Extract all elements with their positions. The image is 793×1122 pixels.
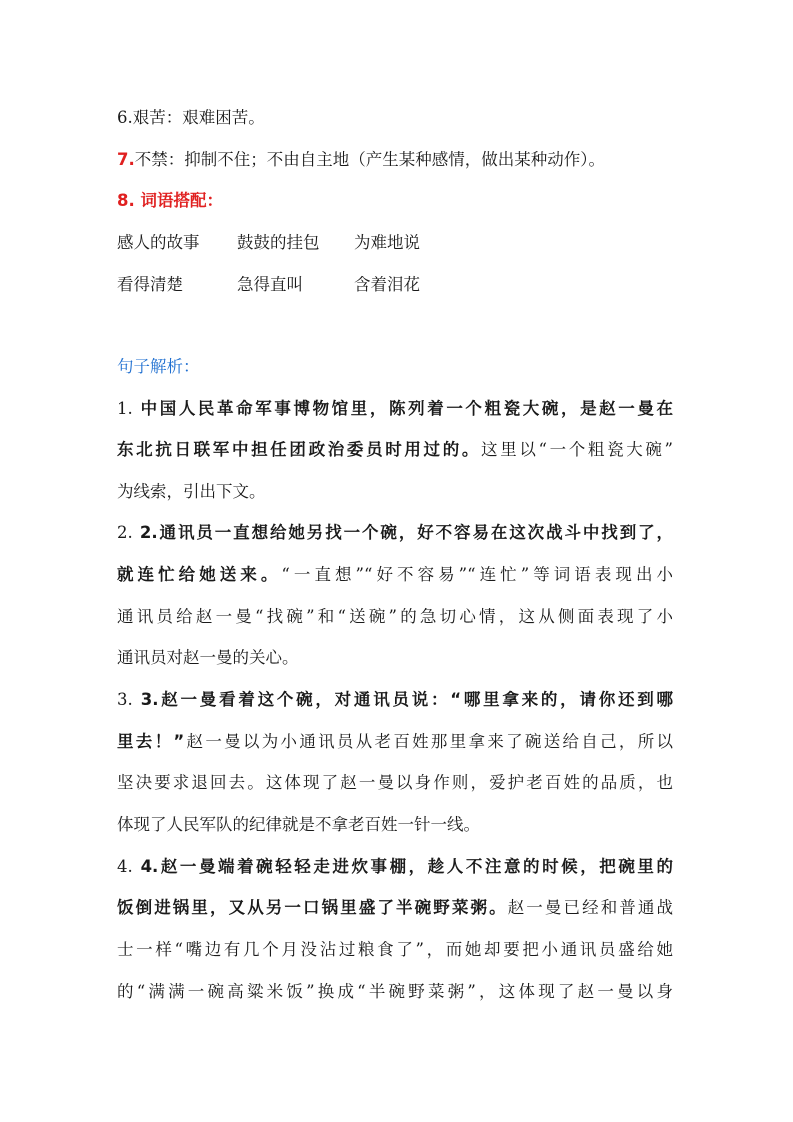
explanation-text: 赵一曼以为小通讯员从老百姓那里拿来了碗送给自己，所以 [184, 732, 673, 751]
explanation-text: 通讯员对赵一曼的关心。 [117, 648, 299, 667]
definition-7: 7.不禁：抑制不住；不由自主地（产生某种感情，做出某种动作）。 [117, 150, 605, 170]
analysis-line: 东北抗日联军中担任团政治委员时用过的。这里以“一个粗瓷大碗” [117, 440, 673, 460]
analysis-line: 饭倒进锅里，又从另一口锅里盛了半碗野菜粥。赵一曼已经和普通战 [117, 898, 673, 918]
definition-text: 艰难困苦。 [182, 108, 265, 127]
analysis-line: 通讯员给赵一曼“找碗”和“送碗”的急切心情，这从侧面表现了小 [117, 607, 673, 627]
quoted-sentence: 中国人民革命军事博物馆里，陈列着一个粗瓷大碗，是赵一曼在 [141, 399, 673, 418]
explanation-text: 体现了人民军队的纪律就是不拿老百姓一针一线。 [117, 815, 480, 834]
definition-number: 6. [117, 108, 133, 127]
analysis-line: 1. 中国人民革命军事博物馆里，陈列着一个粗瓷大碗，是赵一曼在 [117, 399, 673, 419]
phrase: 含着泪花 [354, 275, 420, 295]
analysis-line: 4. 4.赵一曼端着碗轻轻走进炊事棚，趁人不注意的时候，把碗里的 [117, 857, 673, 877]
quoted-sentence: 饭倒进锅里，又从另一口锅里盛了半碗野菜粥。 [117, 898, 508, 917]
quoted-sentence: 里去！” [117, 732, 184, 751]
item-number: 3. [117, 690, 141, 709]
phrase: 看得清楚 [117, 275, 237, 295]
analysis-line: 通讯员对赵一曼的关心。 [117, 648, 299, 668]
item-number: 1. [117, 399, 141, 418]
phrase: 感人的故事 [117, 233, 237, 253]
definition-6: 6.艰苦：艰难困苦。 [117, 108, 265, 128]
phrase: 鼓鼓的挂包 [237, 233, 354, 253]
analysis-line: 3. 3.赵一曼看着这个碗，对通讯员说：“哪里拿来的，请你还到哪 [117, 690, 673, 710]
explanation-text: 通讯员给赵一曼“找碗”和“送碗”的急切心情，这从侧面表现了小 [117, 607, 673, 626]
definition-text: 抑制不住；不由自主地（产生某种感情，做出某种动作）。 [184, 150, 605, 169]
explanation-text: 赵一曼已经和普通战 [508, 898, 673, 917]
phrase: 急得直叫 [237, 275, 354, 295]
item-number: 2. [117, 523, 140, 542]
separator: ： [168, 150, 185, 169]
quoted-sentence: 3.赵一曼看着这个碗，对通讯员说：“哪里拿来的，请你还到哪 [141, 690, 673, 709]
explanation-text: 坚决要求退回去。这体现了赵一曼以身作则，爱护老百姓的品质，也 [117, 773, 673, 792]
analysis-line: 的“满满一碗高粱米饭”换成“半碗野菜粥”，这体现了赵一曼以身 [117, 982, 673, 1002]
collocation-heading: 8. 词语搭配： [117, 191, 223, 211]
definition-term: 不禁 [135, 150, 168, 169]
analysis-line: 坚决要求退回去。这体现了赵一曼以身作则，爱护老百姓的品质，也 [117, 773, 673, 793]
analysis-line: 士一样“嘴边有几个月没沾过粮食了”，而她却要把小通讯员盛给她 [117, 940, 673, 960]
explanation-text: 的“满满一碗高粱米饭”换成“半碗野菜粥”，这体现了赵一曼以身 [117, 982, 673, 1001]
explanation-text: 这里以“一个粗瓷大碗” [481, 440, 673, 459]
explanation-text: “一直想”“好不容易”“连忙”等词语表现出小 [281, 565, 673, 584]
explanation-text: 士一样“嘴边有几个月没沾过粮食了”，而她却要把小通讯员盛给她 [117, 940, 673, 959]
analysis-line: 2. 2.通讯员一直想给她另找一个碗，好不容易在这次战斗中找到了， [117, 523, 673, 543]
analysis-line: 为线索，引出下文。 [117, 482, 266, 502]
definition-term: 艰苦 [133, 108, 166, 127]
quoted-sentence: 2.通讯员一直想给她另找一个碗，好不容易在这次战斗中找到了， [140, 523, 673, 542]
collocation-row: 感人的故事鼓鼓的挂包为难地说 [117, 233, 420, 253]
analysis-line: 就连忙给她送来。“一直想”“好不容易”“连忙”等词语表现出小 [117, 565, 673, 585]
quoted-sentence: 就连忙给她送来。 [117, 565, 281, 584]
explanation-text: 为线索，引出下文。 [117, 482, 266, 501]
analysis-heading: 句子解析： [117, 357, 200, 377]
analysis-line: 体现了人民军队的纪律就是不拿老百姓一针一线。 [117, 815, 480, 835]
analysis-line: 里去！”赵一曼以为小通讯员从老百姓那里拿来了碗送给自己，所以 [117, 732, 673, 752]
separator: ： [166, 108, 183, 127]
quoted-sentence: 东北抗日联军中担任团政治委员时用过的。 [117, 440, 481, 459]
quoted-sentence: 4.赵一曼端着碗轻轻走进炊事棚，趁人不注意的时候，把碗里的 [141, 857, 673, 876]
definition-number: 7. [117, 150, 135, 169]
item-number: 4. [117, 857, 141, 876]
collocation-row: 看得清楚急得直叫含着泪花 [117, 275, 420, 295]
phrase: 为难地说 [354, 233, 420, 253]
